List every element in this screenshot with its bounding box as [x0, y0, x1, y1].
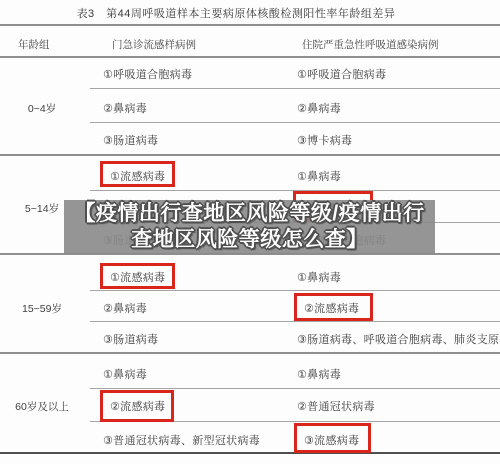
highlight-box	[100, 161, 175, 187]
virus-cell: ①呼吸道合胞病毒	[103, 66, 192, 82]
watermark-text-line1: 【疫情出行查地区风险等级/疫情出行	[74, 201, 424, 227]
virus-cell: ①鼻病毒	[297, 269, 341, 285]
virus-cell: ②鼻病毒	[297, 100, 341, 116]
row-divider	[90, 388, 500, 389]
section-divider	[0, 352, 500, 354]
age-label-15-59: 15~59岁	[4, 301, 80, 316]
virus-cell: ②鼻病毒	[103, 100, 147, 116]
highlight-box	[294, 293, 373, 321]
highlight-box	[294, 423, 371, 453]
table-title: 表3 第44周呼吸道样本主要病原体核酸检测阳性率年龄组差异	[0, 5, 472, 21]
rule-bottom	[0, 452, 500, 454]
virus-cell: ③普通冠状病毒、新型冠状病毒	[103, 432, 260, 448]
row-divider	[90, 122, 500, 123]
age-label-0-4: 0~4岁	[4, 101, 80, 116]
header-age-group: 年龄组	[18, 37, 50, 52]
watermark-text-line2: 查地区风险等级怎么查】	[131, 227, 368, 253]
row-divider	[90, 290, 500, 291]
table-page: 表3 第44周呼吸道样本主要病原体核酸检测阳性率年龄组差异 年龄组 门急诊流感样…	[0, 0, 500, 464]
virus-cell: ①鼻病毒	[103, 366, 147, 382]
row-divider	[90, 88, 500, 89]
highlight-box	[100, 263, 175, 289]
virus-cell: ①呼吸道合胞病毒	[297, 66, 386, 82]
header-outpatient: 门急诊流感样病例	[112, 37, 196, 52]
virus-cell: ②普通冠状病毒	[297, 398, 375, 414]
virus-cell: ③博卡病毒	[297, 132, 352, 148]
virus-cell: ①鼻病毒	[297, 366, 341, 382]
rule-header	[0, 56, 500, 58]
virus-cell: ②鼻病毒	[103, 300, 147, 316]
virus-cell: ③肠道病毒	[103, 132, 158, 148]
age-label-60plus: 60岁及以上	[4, 399, 80, 414]
row-divider	[90, 321, 500, 322]
watermark-overlay: 【疫情出行查地区风险等级/疫情出行 查地区风险等级怎么查】	[64, 200, 435, 254]
section-divider	[0, 154, 500, 156]
virus-cell: ③肠道病毒	[103, 331, 158, 347]
virus-cell: ①鼻病毒	[297, 168, 341, 184]
rule-top	[0, 24, 500, 26]
virus-cell: ③肠道病毒、呼吸道合胞病毒、肺炎支原体	[297, 331, 500, 347]
header-inpatient: 住院严重急性呼吸道感染病例	[302, 37, 439, 52]
highlight-box	[100, 390, 174, 422]
